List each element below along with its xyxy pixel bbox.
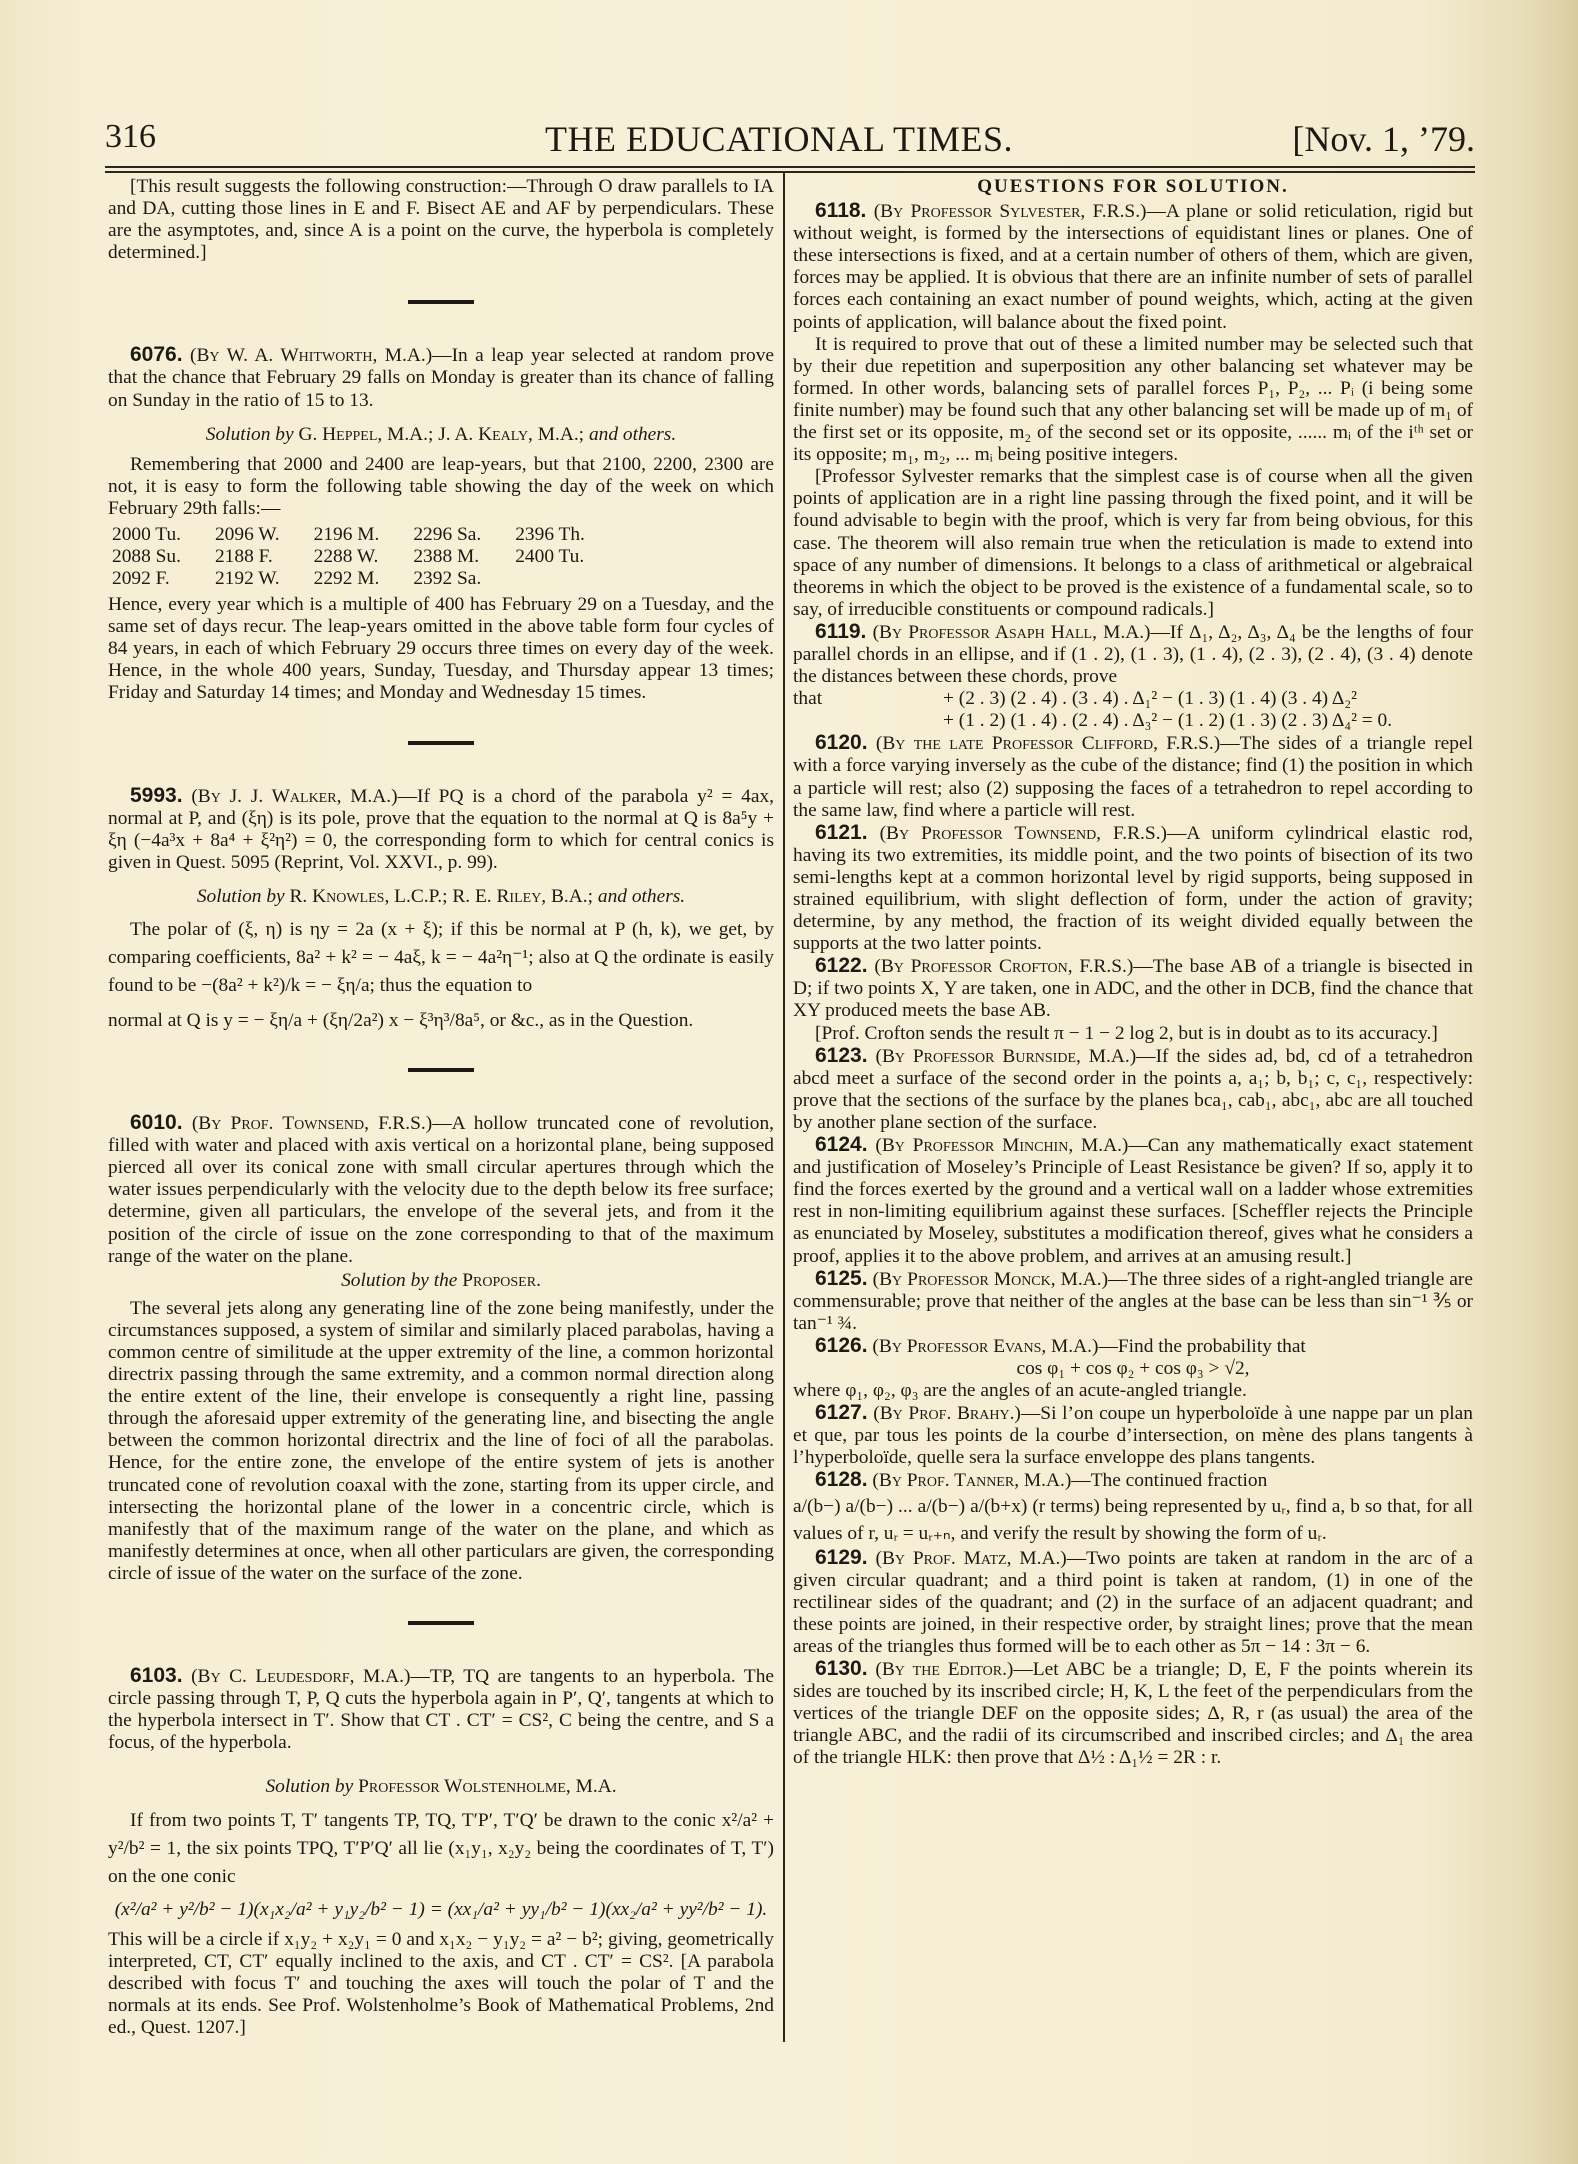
left-column: [This result suggests the following cons…: [108, 176, 774, 2039]
question-6127: 6127. (By Prof. Brahy.)—Si l’on coupe un…: [793, 1402, 1473, 1469]
table-row: 2092 F. 2192 W. 2292 M. 2392 Sa.: [112, 568, 619, 590]
publication-title: THE EDUCATIONAL TIMES.: [545, 118, 1013, 160]
question-number: 6127.: [815, 1401, 868, 1424]
solution-byline: Solution by G. Heppel, M.A.; J. A. Kealy…: [108, 424, 774, 446]
conic-formula: (x²/a² + y²/b² − 1)(x₁x₂/a² + y₁y₂/b² − …: [108, 1899, 774, 1921]
page-header: 316 THE EDUCATIONAL TIMES. [Nov. 1, ’79.: [105, 118, 1475, 158]
question-6130: 6130. (By the Editor.)—Let ABC be a tria…: [793, 1658, 1473, 1769]
solution-paragraph: Hence, every year which is a multiple of…: [108, 594, 774, 704]
section-heading: QUESTIONS FOR SOLUTION.: [793, 176, 1473, 198]
question-6121: 6121. (By Professor Townsend, F.R.S.)—A …: [793, 822, 1473, 956]
question-6118: 6118. (By Professor Sylvester, F.R.S.)—A…: [793, 200, 1473, 621]
leap-year-table: 2000 Tu. 2096 W. 2196 M. 2296 Sa. 2396 T…: [112, 524, 619, 590]
issue-date: [Nov. 1, ’79.: [1292, 118, 1475, 160]
question-number: 6128.: [815, 1468, 868, 1491]
question-number: 6120.: [815, 731, 868, 754]
solution-paragraph: If from two points T, T′ tangents TP, TQ…: [108, 1807, 774, 1891]
solution-paragraph: The polar of (ξ, η) is ηy = 2a (x + ξ); …: [108, 916, 774, 1000]
table-row: 2088 Su. 2188 F. 2288 W. 2388 M. 2400 Tu…: [112, 546, 619, 568]
question-text: —A hollow truncated cone of revolution, …: [108, 1113, 774, 1267]
question-number: 6010.: [130, 1111, 183, 1134]
question-paragraph: where φ₁, φ₂, φ₃ are the angles of an ac…: [793, 1380, 1473, 1402]
question-paragraph: It is required to prove that out of thes…: [793, 334, 1473, 467]
question-author: (By Professor Minchin, M.A.): [875, 1135, 1128, 1156]
solution-paragraph: normal at Q is y = − ξη/a + (ξη/2a²) x −…: [108, 1010, 774, 1032]
question-6120: 6120. (By the late Professor Clifford, F…: [793, 732, 1473, 821]
question-6010: 6010. (By Prof. Townsend, F.R.S.)—A holl…: [108, 1112, 774, 1585]
right-column: QUESTIONS FOR SOLUTION. 6118. (By Profes…: [793, 176, 1473, 1769]
question-6119: 6119. (By Professor Asaph Hall, M.A.)—If…: [793, 621, 1473, 732]
question-author: (By Prof. Matz, M.A.): [875, 1548, 1066, 1569]
question-number: 6103.: [130, 1664, 183, 1687]
question-note: [Professor Sylvester remarks that the si…: [793, 466, 1473, 621]
solution-paragraph: The several jets along any generating li…: [108, 1298, 774, 1585]
question-number: 6129.: [815, 1546, 868, 1569]
question-number: 6126.: [815, 1334, 868, 1357]
question-6125: 6125. (By Professor Monck, M.A.)—The thr…: [793, 1268, 1473, 1335]
question-author: (By Prof. Brahy.): [873, 1403, 1021, 1424]
question-author: (By Professor Burnside, M.A.): [875, 1046, 1136, 1067]
solution-byline: Solution by Professor Wolstenholme, M.A.: [108, 1776, 774, 1798]
intro-note: [This result suggests the following cons…: [108, 176, 774, 264]
question-author: (By C. Leudesdorf, M.A.): [191, 1666, 410, 1687]
section-divider: [408, 741, 474, 745]
newspaper-page: 316 THE EDUCATIONAL TIMES. [Nov. 1, ’79.…: [0, 0, 1578, 2164]
question-author: (By J. J. Walker, M.A.): [191, 786, 397, 807]
question-number: 6125.: [815, 1267, 868, 1290]
question-6122: 6122. (By Professor Crofton, F.R.S.)—The…: [793, 955, 1473, 1044]
question-number: 6124.: [815, 1133, 868, 1156]
section-divider: [408, 1068, 474, 1072]
question-number: 6123.: [815, 1044, 868, 1067]
question-author: (By Professor Townsend, F.R.S.): [880, 823, 1167, 844]
question-number: 6122.: [815, 954, 868, 977]
equation-block: that + (2 . 3) (2 . 4) . (3 . 4) . Δ₁² −…: [793, 688, 1473, 732]
question-number: 6118.: [815, 199, 866, 222]
question-author: (By the late Professor Clifford, F.R.S.): [876, 733, 1220, 754]
question-text: —Find the probability that: [1098, 1336, 1305, 1357]
question-author: (By Professor Sylvester, F.R.S.): [874, 201, 1147, 222]
question-author: (By Professor Monck, M.A.): [873, 1269, 1108, 1290]
question-author: (By Prof. Tanner, M.A.): [872, 1470, 1071, 1491]
question-author: (By Professor Crofton, F.R.S.): [874, 956, 1133, 977]
question-6123: 6123. (By Professor Burnside, M.A.)—If t…: [793, 1045, 1473, 1134]
continued-fraction: a/(b−) a/(b−) ... a/(b−) a/(b+x) (r term…: [793, 1493, 1473, 1547]
question-5993: 5993. (By J. J. Walker, M.A.)—If PQ is a…: [108, 785, 774, 1033]
question-author: (By W. A. Whitworth, M.A.): [190, 345, 432, 366]
column-divider: [783, 172, 785, 2042]
question-author: (By Professor Evans, M.A.): [872, 1336, 1098, 1357]
section-divider: [408, 1621, 474, 1625]
question-text: —The continued fraction: [1071, 1470, 1267, 1491]
section-divider: [408, 300, 474, 304]
question-6076: 6076. (By W. A. Whitworth, M.A.)—In a le…: [108, 344, 774, 704]
question-number: 6076.: [130, 343, 183, 366]
question-number: 6119.: [815, 620, 866, 643]
header-rule-top: [105, 166, 1475, 168]
question-6126: 6126. (By Professor Evans, M.A.)—Find th…: [793, 1335, 1473, 1402]
question-6103: 6103. (By C. Leudesdorf, M.A.)—TP, TQ ar…: [108, 1665, 774, 2039]
solution-paragraph: Remembering that 2000 and 2400 are leap-…: [108, 454, 774, 520]
question-6124: 6124. (By Professor Minchin, M.A.)—Can a…: [793, 1134, 1473, 1268]
equation-line: + (2 . 3) (2 . 4) . (3 . 4) . Δ₁² − (1 .…: [943, 688, 1392, 710]
question-number: 5993.: [130, 784, 183, 807]
question-6129: 6129. (By Prof. Matz, M.A.)—Two points a…: [793, 1547, 1473, 1658]
question-author: (By the Editor.): [875, 1659, 1013, 1680]
question-number: 6121.: [815, 821, 868, 844]
question-author: (By Prof. Townsend, F.R.S.): [192, 1113, 432, 1134]
question-6128: 6128. (By Prof. Tanner, M.A.)—The contin…: [793, 1469, 1473, 1546]
header-rule-bottom: [105, 171, 1475, 173]
solution-byline: Solution by R. Knowles, L.C.P.; R. E. Ri…: [108, 886, 774, 908]
page-number: 316: [105, 118, 156, 156]
inequality-formula: cos φ₁ + cos φ₂ + cos φ₃ > √2,: [793, 1358, 1473, 1380]
equation-line: + (1 . 2) (1 . 4) . (2 . 4) . Δ₃² − (1 .…: [943, 710, 1392, 732]
question-number: 6130.: [815, 1657, 868, 1680]
question-author: (By Professor Asaph Hall, M.A.): [873, 622, 1151, 643]
table-row: 2000 Tu. 2096 W. 2196 M. 2296 Sa. 2396 T…: [112, 524, 619, 546]
question-note: [Prof. Crofton sends the result π − 1 − …: [793, 1023, 1473, 1045]
solution-paragraph: This will be a circle if x₁y₂ + x₂y₁ = 0…: [108, 1929, 774, 2039]
solution-byline: Solution by the Proposer.: [108, 1270, 774, 1292]
